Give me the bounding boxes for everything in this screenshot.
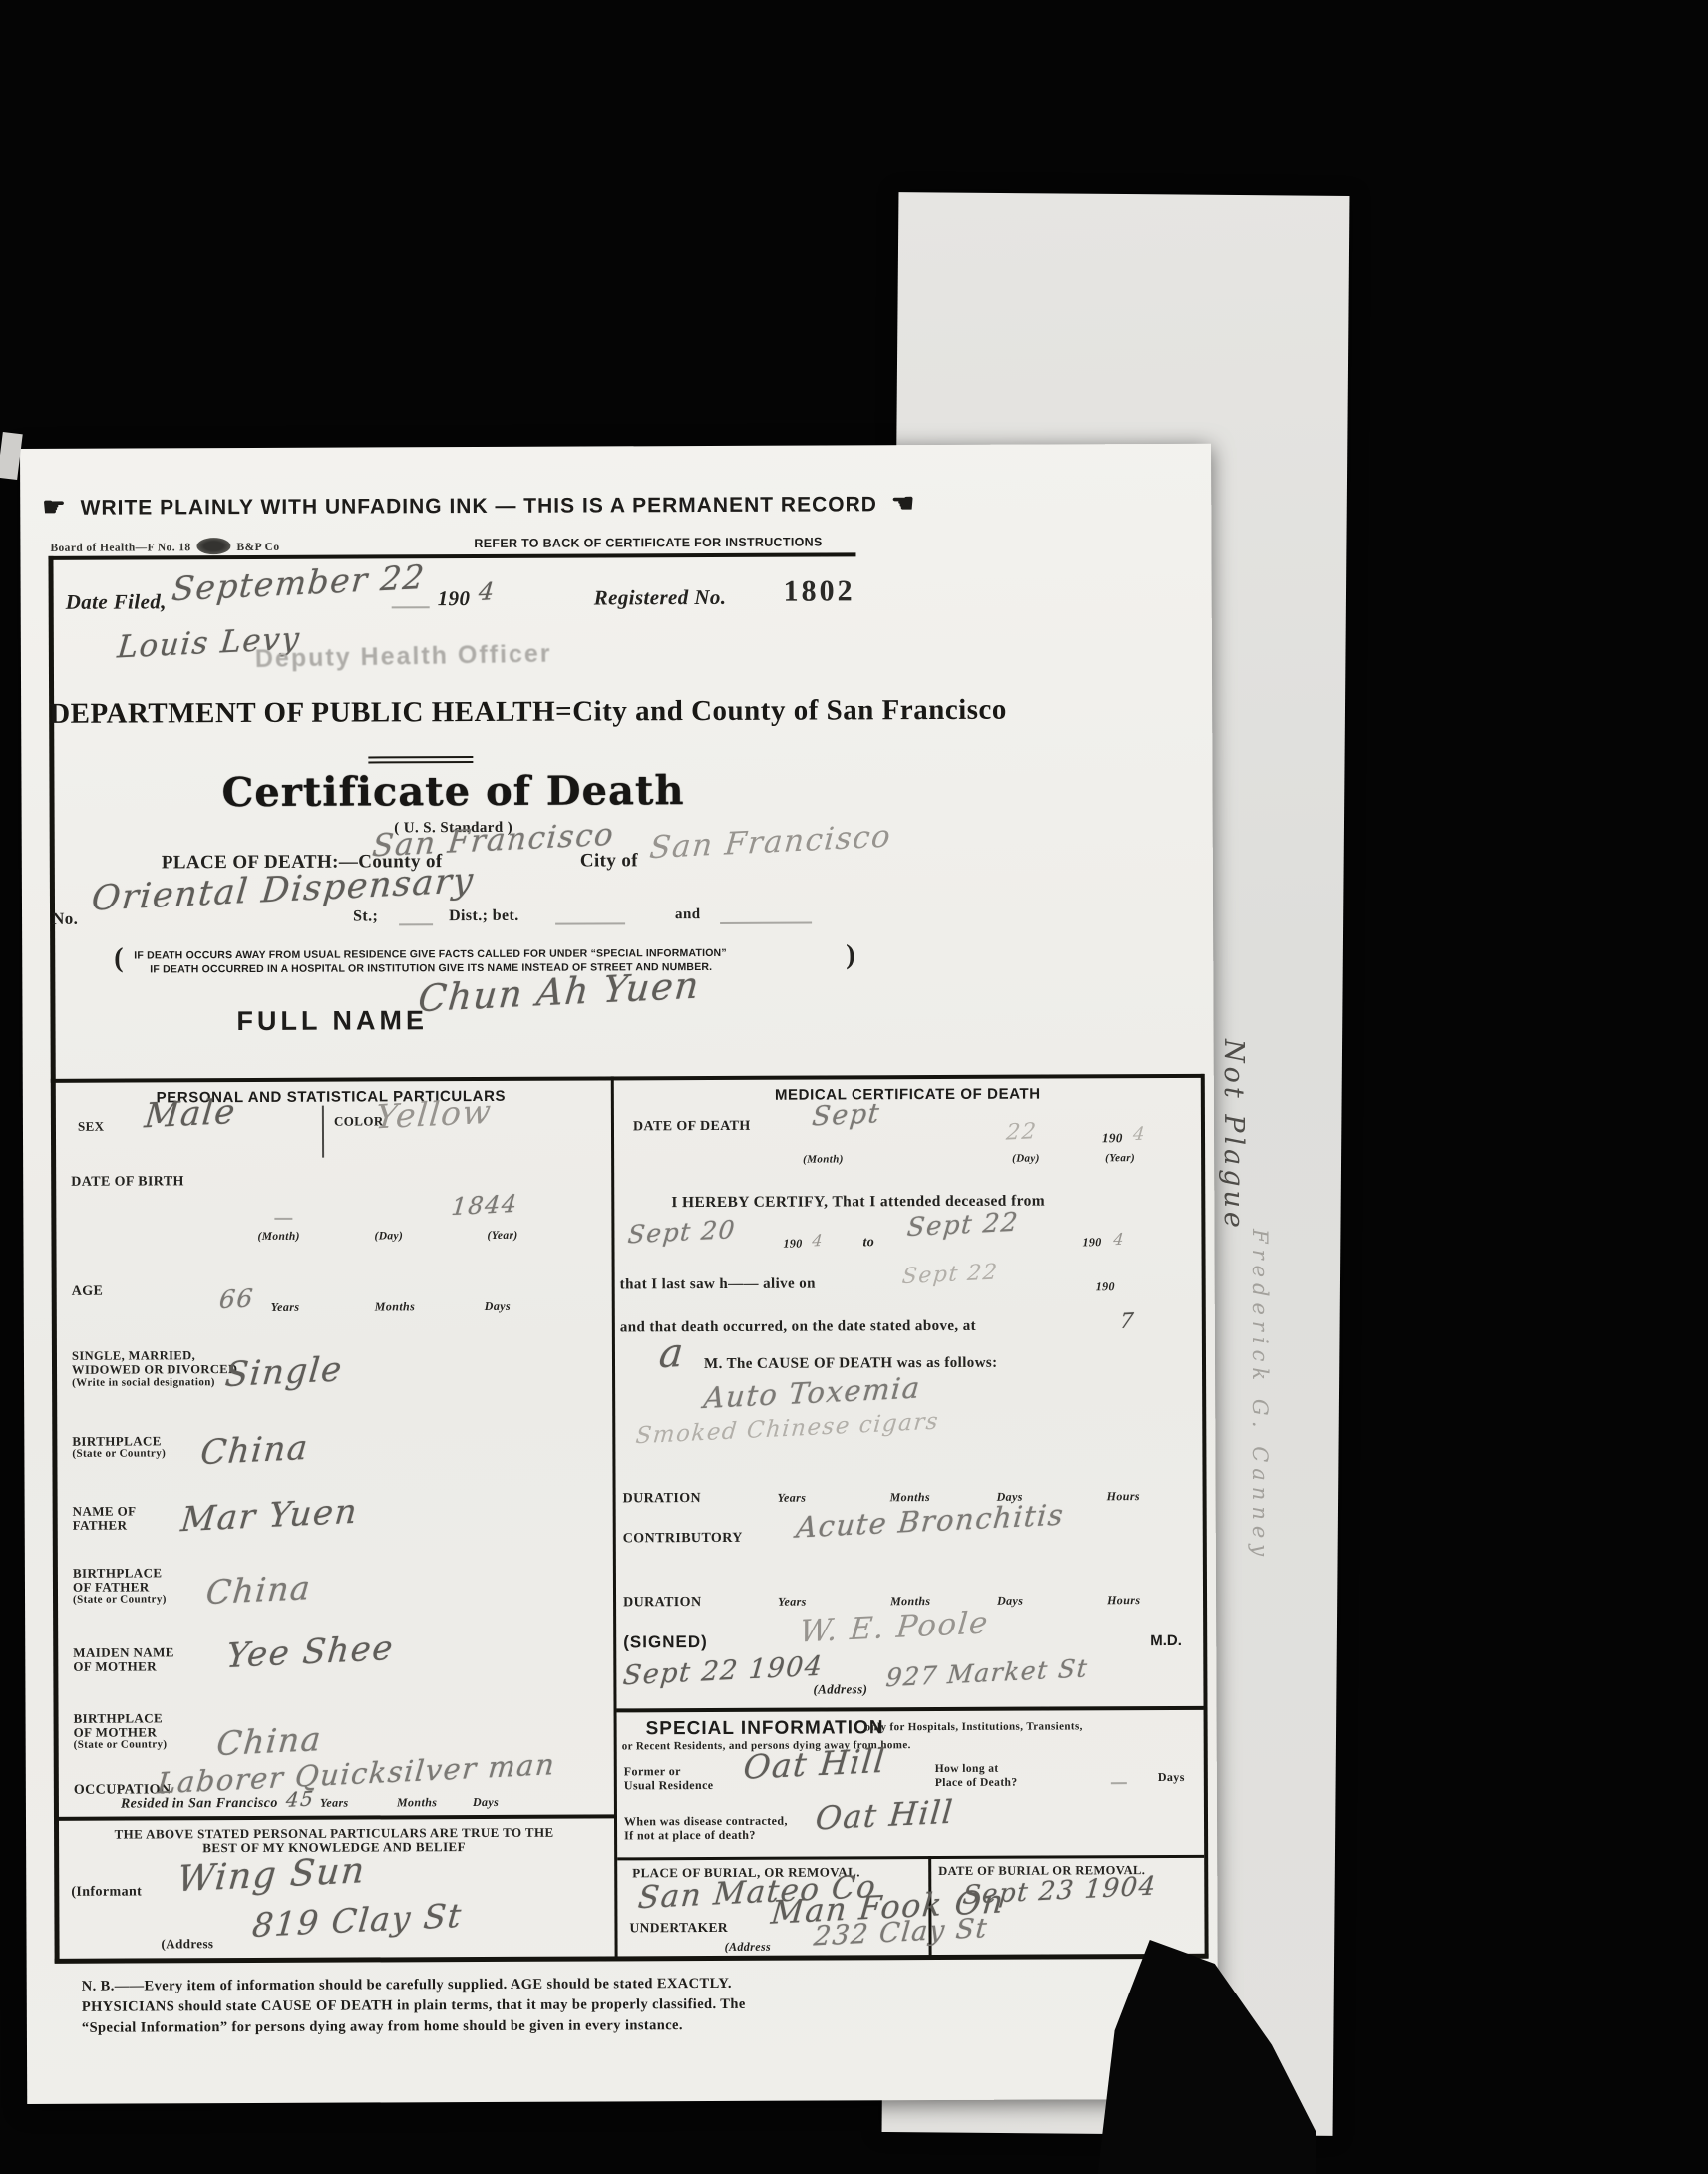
- form-number-text: Board of Health—F No. 18: [50, 542, 190, 554]
- dod-year-printed: 190: [1102, 1130, 1123, 1146]
- disease-contracted-value: Oat Hill: [814, 1793, 955, 1838]
- resided-label: Resided in San Francisco: [121, 1796, 278, 1813]
- rule: [368, 756, 473, 758]
- cause-of-death-value: Auto Toxemia: [702, 1370, 922, 1415]
- date-of-birth-label: DATE OF BIRTH: [71, 1174, 184, 1190]
- blank-line: [555, 922, 625, 924]
- blank-line: [274, 1218, 292, 1220]
- city-label: City of: [580, 850, 638, 872]
- note-paren-close: ): [846, 939, 855, 971]
- dob-year-label: (Year): [487, 1230, 517, 1242]
- former-residence-label-1: Former or: [624, 1764, 681, 1779]
- to-year-printed: 190: [1082, 1235, 1101, 1250]
- former-residence-label-2: Usual Residence: [624, 1778, 714, 1793]
- mother-name-value: Yee Shee: [224, 1629, 395, 1676]
- signed-date-value: Sept 22 1904: [621, 1651, 824, 1692]
- birthplace-value: China: [198, 1428, 310, 1473]
- deputy-health-officer-stamp: Deputy Health Officer: [255, 640, 552, 674]
- death-hour-value: 7: [1119, 1308, 1136, 1333]
- rule: [617, 1706, 1204, 1713]
- undertaker-label: UNDERTAKER: [629, 1920, 728, 1936]
- margin-note-signature: Frederick G. Canney: [1248, 1229, 1272, 1562]
- physician-signature: W. E. Poole: [798, 1605, 990, 1649]
- ink-stamp-mark: [197, 538, 231, 554]
- last-saw-alive-date: Sept 22: [901, 1260, 1000, 1289]
- form-number-line: Board of Health—F No. 18B&P Co: [50, 538, 279, 555]
- rule: [322, 1106, 324, 1158]
- certificate-sheet: ☛ WRITE PLAINLY WITH UNFADING INK — THIS…: [20, 444, 1218, 2104]
- year-written: 4: [478, 577, 497, 606]
- how-long-days-label: Days: [1158, 1770, 1185, 1785]
- informant-label: (Informant: [71, 1884, 142, 1900]
- duration2-years: Years: [778, 1595, 807, 1610]
- undertaker-address-label: (Address: [725, 1940, 772, 1955]
- attended-from-date: Sept 20: [627, 1215, 738, 1249]
- date-filed-value: September 22: [171, 557, 428, 608]
- physician-address-value: 927 Market St: [884, 1653, 1089, 1692]
- dob-month-label: (Month): [257, 1231, 299, 1243]
- pointing-hand-left-icon: ☚: [891, 493, 915, 517]
- mother-name-label-2: OF MOTHER: [73, 1658, 157, 1674]
- rule: [51, 1074, 1204, 1083]
- signed-label: (SIGNED): [623, 1632, 708, 1652]
- rule: [48, 556, 59, 1963]
- printer-mark: B&P Co: [237, 542, 280, 553]
- dist-bet-label: Dist.; bet.: [449, 907, 519, 925]
- resided-years-label: Years: [320, 1796, 349, 1811]
- age-label: AGE: [72, 1284, 104, 1300]
- cause-of-death-label: M. The CAUSE OF DEATH was as follows:: [704, 1355, 998, 1373]
- informant-value: Wing Sun: [175, 1850, 367, 1900]
- banner-text: WRITE PLAINLY WITH UNFADING INK — THIS I…: [81, 493, 877, 520]
- residence-note-line1: IF DEATH OCCURS AWAY FROM USUAL RESIDENC…: [134, 947, 727, 962]
- banner: ☛ WRITE PLAINLY WITH UNFADING INK — THIS…: [90, 493, 867, 520]
- note-paren-open: (: [114, 943, 124, 975]
- blank-line: [1111, 1782, 1127, 1784]
- from-year-value: 4: [812, 1231, 825, 1251]
- father-birthplace-value: China: [204, 1568, 313, 1612]
- registered-no-value: 1802: [784, 574, 855, 608]
- father-name-value: Mar Yuen: [179, 1492, 360, 1541]
- informant-address-label: (Address: [162, 1936, 214, 1952]
- duration1-months: Months: [890, 1490, 930, 1505]
- attended-to-date: Sept 22: [905, 1208, 1020, 1244]
- age-months-label: Months: [375, 1299, 415, 1314]
- rule: [54, 1814, 614, 1820]
- duration2-hours: Hours: [1107, 1593, 1140, 1608]
- color-value: Yellow: [374, 1092, 494, 1137]
- mother-birthplace-sublabel: (State or Country): [74, 1738, 168, 1750]
- resided-days-label: Days: [473, 1795, 499, 1810]
- refer-to-back-note: REFER TO BACK OF CERTIFICATE FOR INSTRUC…: [474, 535, 822, 550]
- date-of-death-year-value: 4: [1132, 1123, 1147, 1145]
- pointing-hand-right-icon: ☛: [42, 497, 66, 521]
- marital-value: Single: [223, 1349, 344, 1395]
- special-info-title: SPECIAL INFORMATION: [646, 1717, 884, 1740]
- death-location-value: Oriental Dispensary: [90, 861, 476, 919]
- physician-address-label: (Address): [813, 1681, 867, 1697]
- personal-section-header: PERSONAL AND STATISTICAL PARTICULARS: [51, 1087, 611, 1106]
- resided-years-value: 45: [285, 1786, 316, 1811]
- last-saw-alive-label: that I last saw h—— alive on: [620, 1276, 816, 1294]
- duration1-hours: Hours: [1107, 1489, 1140, 1504]
- mother-birthplace-value: China: [215, 1719, 324, 1763]
- how-long-label-2: Place of Death?: [935, 1777, 1018, 1789]
- and-label: and: [675, 906, 700, 923]
- am-pm-written: a: [657, 1330, 687, 1377]
- disease-contracted-label-1: When was disease contracted,: [624, 1814, 788, 1830]
- duration1-years: Years: [778, 1491, 807, 1506]
- dod-month-label: (Month): [803, 1153, 844, 1165]
- date-of-death-label: DATE OF DEATH: [633, 1119, 751, 1136]
- rule: [617, 1855, 1204, 1861]
- birthplace-sublabel: (State or Country): [72, 1447, 166, 1459]
- dob-day-label: (Day): [374, 1230, 403, 1242]
- age-days-label: Days: [485, 1299, 511, 1314]
- last-saw-year-printed: 190: [1096, 1279, 1115, 1294]
- medical-section-header: MEDICAL CERTIFICATE OF DEATH: [614, 1085, 1201, 1105]
- how-long-label-1: How long at: [935, 1763, 999, 1775]
- to-label: to: [862, 1235, 874, 1251]
- disease-contracted-label-2: If not at place of death?: [624, 1828, 756, 1844]
- former-residence-value: Oat Hill: [742, 1741, 887, 1787]
- date-of-death-day-value: 22: [1005, 1119, 1038, 1146]
- sex-value: Male: [143, 1092, 238, 1137]
- department-title: DEPARTMENT OF PUBLIC HEALTH=City and Cou…: [49, 694, 856, 731]
- certificate-title: Certificate of Death: [49, 766, 856, 817]
- date-filed-label: Date Filed,: [66, 589, 167, 614]
- age-years-value: 66: [218, 1283, 255, 1314]
- date-of-death-month-value: Sept: [811, 1098, 881, 1132]
- rule: [55, 1954, 1209, 1964]
- contributory-value: Acute Bronchitis: [795, 1498, 1066, 1545]
- to-year-value: 4: [1113, 1230, 1126, 1250]
- rule: [1201, 1074, 1209, 1958]
- duration1-label: DURATION: [623, 1491, 701, 1507]
- cause-of-death-secondary: Smoked Chinese cigars: [634, 1409, 940, 1450]
- registered-no-label: Registered No.: [594, 585, 727, 611]
- dob-year-value: 1844: [450, 1190, 519, 1221]
- duration2-months: Months: [890, 1594, 930, 1609]
- marital-label-3: (Write in social designation): [72, 1376, 215, 1389]
- duration2-days: Days: [997, 1594, 1023, 1609]
- duration2-label: DURATION: [623, 1595, 701, 1611]
- st-label: St.;: [353, 907, 378, 925]
- blank-line: [399, 923, 433, 925]
- contributory-label: CONTRIBUTORY: [623, 1531, 743, 1548]
- scanned-document-background: Not Plague Frederick G. Canney ☛ WRITE P…: [0, 0, 1708, 2174]
- rule: [368, 761, 473, 763]
- full-name-label: FULL NAME: [236, 1005, 428, 1037]
- father-name-label-2: FATHER: [73, 1518, 128, 1534]
- md-label: M.D.: [1150, 1632, 1182, 1649]
- father-birthplace-sublabel: (State or Country): [73, 1593, 167, 1605]
- special-info-subtitle-1: only for Hospitals, Institutions, Transi…: [865, 1720, 1083, 1733]
- margin-note-not-plague: Not Plague: [1218, 1039, 1249, 1232]
- year-printed: 190: [438, 586, 471, 611]
- informant-address-value: 819 Clay St: [251, 1896, 465, 1945]
- footnote: N. B.——Every item of information should …: [82, 1974, 790, 2039]
- dod-day-label: (Day): [1012, 1153, 1040, 1165]
- street-no-label: No.: [52, 909, 78, 929]
- blank-line: [392, 606, 430, 608]
- sex-label: SEX: [78, 1119, 105, 1135]
- blank-line: [720, 922, 812, 924]
- from-year-printed: 190: [783, 1237, 802, 1252]
- resided-months-label: Months: [397, 1795, 437, 1810]
- age-years-label: Years: [271, 1300, 300, 1315]
- dod-year-label: (Year): [1105, 1152, 1135, 1164]
